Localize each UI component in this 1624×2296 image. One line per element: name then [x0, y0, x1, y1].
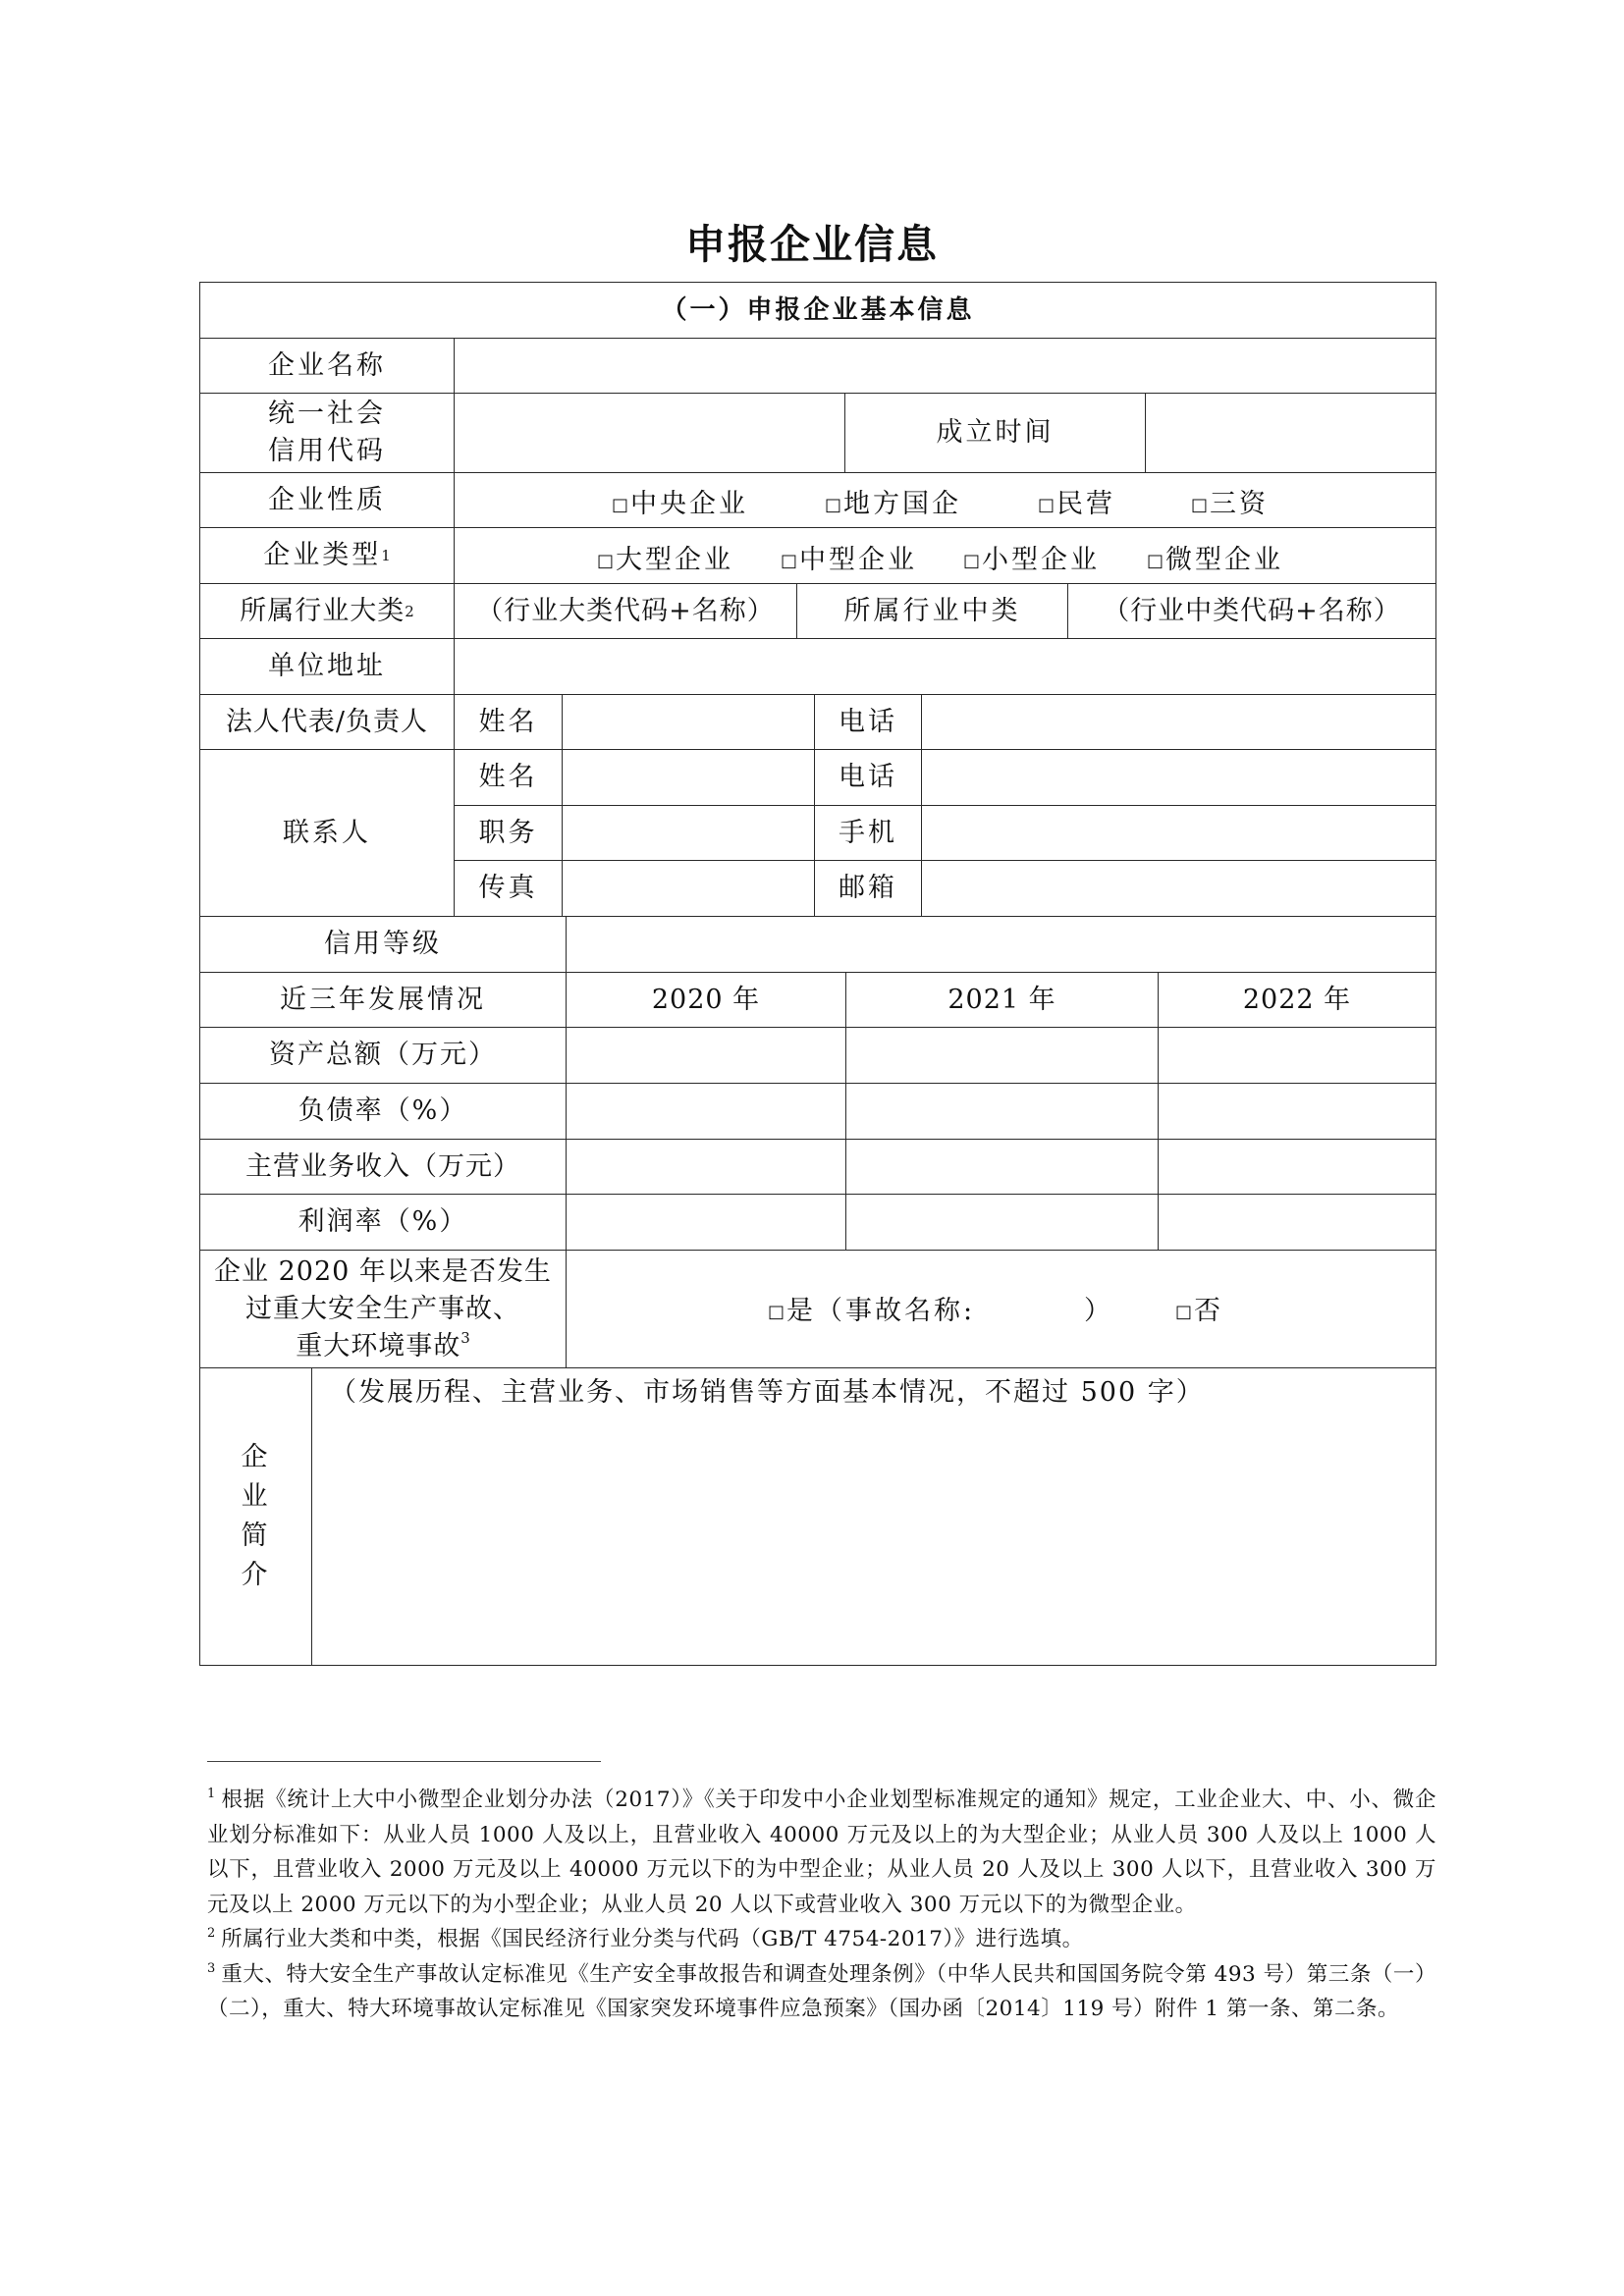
industry-major-field[interactable]: （行业大类代码+名称） [454, 583, 797, 639]
label-text: 手机 [839, 815, 897, 852]
checkbox-icon[interactable]: □ [963, 551, 980, 571]
metric-debt-label: 负债率（%） [199, 1083, 567, 1140]
label-char: 介 [242, 1556, 271, 1595]
metric-revenue-2020[interactable] [566, 1139, 846, 1195]
label-text: 统一社会 [268, 396, 386, 433]
section-heading: （一）申报企业基本信息 [199, 282, 1436, 339]
type-option-large[interactable]: □大型企业 [597, 538, 733, 576]
metric-profit-2021[interactable] [845, 1194, 1159, 1251]
contact-position-field[interactable] [562, 805, 815, 861]
field-hint: （发展历程、主营业务、市场销售等方面基本情况，不超过 500 字） [330, 1374, 1205, 1412]
metric-assets-2020[interactable] [566, 1027, 846, 1084]
label-text: 电话 [839, 704, 897, 741]
option-label: 中央企业 [630, 489, 748, 519]
footnote-text: 重大、特大安全生产事故认定标准见《生产安全事故报告和调查处理条例》（中华人民共和… [207, 1962, 1436, 2022]
label-text: 信用代码 [268, 433, 386, 470]
year-header-2020: 2020 年 [566, 972, 846, 1028]
contact-label: 联系人 [199, 749, 455, 917]
contact-name-field[interactable] [562, 749, 815, 806]
option-label: 三资 [1210, 489, 1269, 519]
checkbox-icon[interactable]: □ [1191, 495, 1208, 515]
contact-position-label: 职务 [454, 805, 563, 861]
nature-option-foreign[interactable]: □三资 [1191, 482, 1269, 520]
checkbox-icon[interactable]: □ [1038, 495, 1055, 515]
metric-assets-2021[interactable] [845, 1027, 1159, 1084]
type-option-medium[interactable]: □中型企业 [781, 538, 917, 576]
metric-profit-label: 利润率（%） [199, 1194, 567, 1251]
metric-revenue-2021[interactable] [845, 1139, 1159, 1195]
legal-rep-phone-label: 电话 [814, 694, 922, 750]
checkbox-icon[interactable]: □ [1147, 551, 1164, 571]
label-text: 主营业务收入（万元） [245, 1148, 520, 1186]
checkbox-icon[interactable]: □ [768, 1302, 785, 1322]
label-text: 负债率（%） [298, 1093, 468, 1130]
checkbox-icon[interactable]: □ [825, 495, 841, 515]
label-text: 近三年发展情况 [280, 982, 486, 1019]
legal-rep-name-field[interactable] [562, 694, 815, 750]
company-name-field[interactable] [454, 338, 1436, 394]
label-text: 姓名 [479, 704, 538, 741]
metric-revenue-2022[interactable] [1158, 1139, 1436, 1195]
label-text: 企业名称 [268, 347, 386, 385]
nature-label: 企业性质 [199, 472, 455, 528]
option-label: 否 [1194, 1296, 1223, 1326]
field-hint: （行业中类代码+名称） [1103, 593, 1401, 630]
contact-mobile-label: 手机 [814, 805, 922, 861]
checkbox-icon[interactable]: □ [597, 551, 614, 571]
field-hint: （行业大类代码+名称） [476, 593, 775, 630]
footnote-number: 1 [207, 1787, 215, 1801]
industry-major-label: 所属行业大类2 [199, 583, 455, 639]
type-option-micro[interactable]: □微型企业 [1147, 538, 1283, 576]
contact-phone-label: 电话 [814, 749, 922, 806]
year-label: 2020 年 [652, 982, 760, 1019]
credit-rating-label: 信用等级 [199, 916, 567, 973]
address-label: 单位地址 [199, 638, 455, 695]
accident-option-no[interactable]: □否 [1175, 1289, 1223, 1327]
industry-mid-field[interactable]: （行业中类代码+名称） [1067, 583, 1436, 639]
label-text: 资产总额（万元） [269, 1037, 497, 1074]
label-text: 过重大安全生产事故、 [245, 1291, 520, 1328]
nature-option-local-soe[interactable]: □地方国企 [825, 482, 961, 520]
label-char: 企 [242, 1438, 271, 1477]
option-label: 小型企业 [982, 545, 1100, 575]
footnote-number: 2 [207, 1926, 215, 1941]
footnote-number: 3 [207, 1961, 215, 1976]
metric-profit-2022[interactable] [1158, 1194, 1436, 1251]
year-header-2022: 2022 年 [1158, 972, 1436, 1028]
option-label: 大型企业 [616, 545, 733, 575]
label-text: 企业 2020 年以来是否发生 [214, 1254, 552, 1291]
metric-debt-2022[interactable] [1158, 1083, 1436, 1140]
year-header-2021: 2021 年 [845, 972, 1159, 1028]
nature-option-central[interactable]: □中央企业 [612, 482, 748, 520]
label-text: 企业类型 [263, 537, 381, 574]
credit-code-field[interactable] [454, 393, 845, 473]
accident-label: 企业 2020 年以来是否发生 过重大安全生产事故、 重大环境事故3 [199, 1250, 567, 1368]
option-label: 地方国企 [843, 489, 961, 519]
three-year-label: 近三年发展情况 [199, 972, 567, 1028]
footnote-separator [207, 1761, 601, 1762]
checkbox-icon[interactable]: □ [612, 495, 628, 515]
year-label: 2022 年 [1243, 982, 1351, 1019]
accident-name-close-paren: ） [1084, 1289, 1113, 1327]
label-text: 信用等级 [324, 926, 442, 963]
label-text: 所属行业中类 [844, 593, 1021, 630]
legal-rep-label: 法人代表/负责人 [199, 694, 455, 750]
address-field[interactable] [454, 638, 1436, 695]
metric-profit-2020[interactable] [566, 1194, 846, 1251]
label-text: 联系人 [283, 815, 371, 852]
label-text: 利润率（%） [298, 1203, 468, 1241]
accident-options-cell [566, 1250, 1436, 1368]
checkbox-icon[interactable]: □ [781, 551, 797, 571]
contact-fax-field[interactable] [562, 860, 815, 917]
section-heading-text: （一）申报企业基本信息 [661, 292, 974, 329]
label-text: 传真 [479, 870, 538, 907]
metric-assets-label: 资产总额（万元） [199, 1027, 567, 1084]
legal-rep-name-label: 姓名 [454, 694, 563, 750]
type-label: 企业类型1 [199, 527, 455, 584]
option-label: 微型企业 [1165, 545, 1283, 575]
metric-debt-2020[interactable] [566, 1083, 846, 1140]
metric-assets-2022[interactable] [1158, 1027, 1436, 1084]
metric-debt-2021[interactable] [845, 1083, 1159, 1140]
footnote-3: 3重大、特大安全生产事故认定标准见《生产安全事故报告和调查处理条例》（中华人民共… [207, 1957, 1436, 2027]
footnote-text: 根据《统计上大中小微型企业划分办法（2017）》《关于印发中小企业划型标准规定的… [207, 1788, 1436, 1917]
metric-revenue-label: 主营业务收入（万元） [199, 1139, 567, 1195]
option-label: 中型企业 [799, 545, 917, 575]
contact-mobile-field[interactable] [921, 805, 1436, 861]
contact-phone-field[interactable] [921, 749, 1436, 806]
legal-rep-phone-field[interactable] [921, 694, 1436, 750]
option-label: 民营 [1056, 489, 1115, 519]
label-text: 企业性质 [268, 482, 386, 519]
label-text: 重大环境事故 [296, 1331, 460, 1362]
intro-label: 企 业 简 介 [199, 1367, 312, 1666]
label-text: 单位地址 [268, 648, 386, 685]
label-text: 法人代表/负责人 [226, 704, 428, 741]
credit-code-label: 统一社会 信用代码 [199, 393, 455, 473]
option-label: ） [1084, 1296, 1113, 1326]
label-text: 成立时间 [937, 414, 1055, 452]
nature-option-private[interactable]: □民营 [1038, 482, 1115, 520]
accident-option-yes[interactable]: □是（事故名称: [768, 1289, 975, 1327]
page-title: 申报企业信息 [0, 212, 1624, 270]
intro-field[interactable]: （发展历程、主营业务、市场销售等方面基本情况，不超过 500 字） [311, 1367, 1436, 1666]
label-char: 业 [242, 1477, 271, 1517]
label-char: 简 [242, 1517, 271, 1556]
contact-name-label: 姓名 [454, 749, 563, 806]
footnote-1: 1根据《统计上大中小微型企业划分办法（2017）》《关于印发中小企业划型标准规定… [207, 1783, 1436, 1922]
contact-fax-label: 传真 [454, 860, 563, 917]
credit-rating-field[interactable] [566, 916, 1436, 973]
label-text: 职务 [479, 815, 538, 852]
label-text: 邮箱 [839, 870, 897, 907]
footnotes: 1根据《统计上大中小微型企业划分办法（2017）》《关于印发中小企业划型标准规定… [207, 1783, 1436, 2027]
founded-field[interactable] [1145, 393, 1436, 473]
footnote-text: 所属行业大类和中类，根据《国民经济行业分类与代码（GB/T 4754-2017）… [221, 1927, 1083, 1951]
industry-mid-label: 所属行业中类 [796, 583, 1068, 639]
label-text: 姓名 [479, 759, 538, 796]
founded-label: 成立时间 [844, 393, 1146, 473]
label-text: 电话 [839, 759, 897, 796]
footnote-2: 2所属行业大类和中类，根据《国民经济行业分类与代码（GB/T 4754-2017… [207, 1922, 1436, 1957]
option-label: 是（事故名称: [786, 1296, 975, 1326]
contact-email-field[interactable] [921, 860, 1436, 917]
contact-email-label: 邮箱 [814, 860, 922, 917]
label-text: 所属行业大类 [240, 593, 405, 630]
year-label: 2021 年 [947, 982, 1056, 1019]
company-name-label: 企业名称 [199, 338, 455, 394]
footnote-ref[interactable]: 3 [460, 1329, 470, 1347]
type-option-small[interactable]: □小型企业 [963, 538, 1100, 576]
checkbox-icon[interactable]: □ [1175, 1302, 1192, 1322]
